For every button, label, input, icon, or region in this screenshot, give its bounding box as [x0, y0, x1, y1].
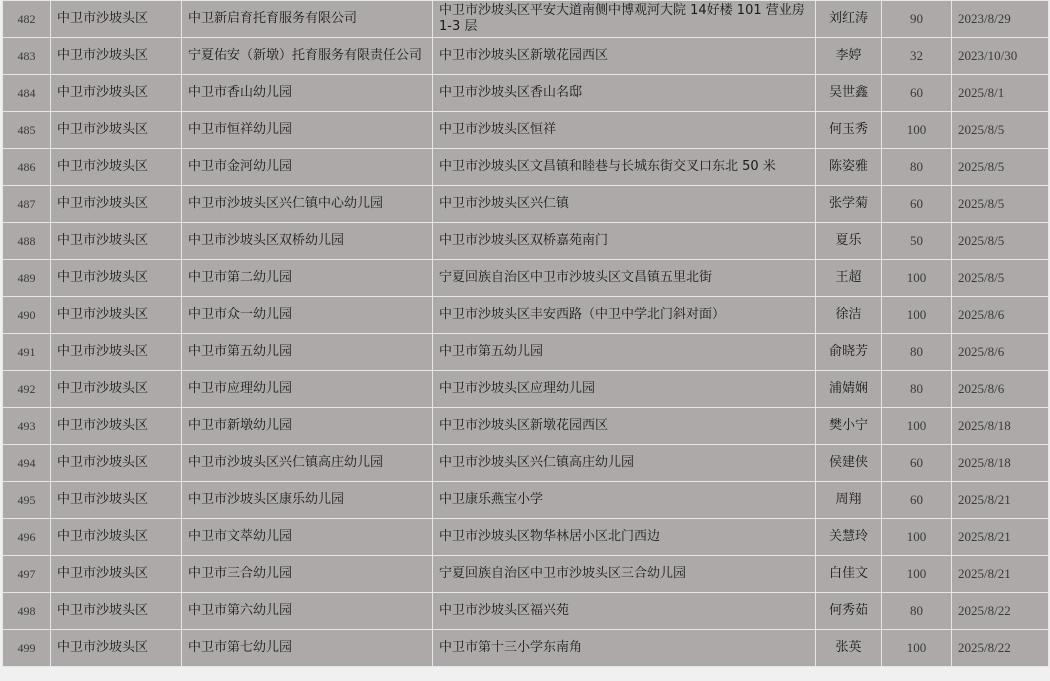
document-page: 482 中卫市沙坡头区 中卫新启育托育服务有限公司 中卫市沙坡头区平安大道南侧中… — [0, 0, 1050, 681]
row-index-cell: 489 — [3, 260, 51, 297]
table-row: 492 中卫市沙坡头区 中卫市应理幼儿园 中卫市沙坡头区应理幼儿园 浦婧娴 80… — [3, 371, 1049, 408]
table-row: 499 中卫市沙坡头区 中卫市第七幼儿园 中卫市第十三小学东南角 张英 100 … — [3, 630, 1049, 667]
table-row: 488 中卫市沙坡头区 中卫市沙坡头区双桥幼儿园 中卫市沙坡头区双桥嘉苑南门 夏… — [3, 223, 1049, 260]
capacity-cell: 32 — [882, 38, 952, 75]
table-row: 494 中卫市沙坡头区 中卫市沙坡头区兴仁镇高庄幼儿园 中卫市沙坡头区兴仁镇高庄… — [3, 445, 1049, 482]
table-row: 497 中卫市沙坡头区 中卫市三合幼儿园 宁夏回族自治区中卫市沙坡头区三合幼儿园… — [3, 556, 1049, 593]
institution-name-cell: 中卫市第六幼儿园 — [182, 593, 433, 630]
district-cell: 中卫市沙坡头区 — [51, 112, 182, 149]
contact-person-cell: 刘红涛 — [816, 1, 882, 38]
district-cell: 中卫市沙坡头区 — [51, 149, 182, 186]
table-row: 493 中卫市沙坡头区 中卫市新墩幼儿园 中卫市沙坡头区新墩花园西区 樊小宁 1… — [3, 408, 1049, 445]
capacity-cell: 100 — [882, 519, 952, 556]
row-index-cell: 492 — [3, 371, 51, 408]
institution-name-cell: 中卫市沙坡头区康乐幼儿园 — [182, 482, 433, 519]
capacity-cell: 80 — [882, 371, 952, 408]
date-cell: 2025/8/5 — [952, 149, 1049, 186]
date-cell: 2025/8/21 — [952, 556, 1049, 593]
table-row: 487 中卫市沙坡头区 中卫市沙坡头区兴仁镇中心幼儿园 中卫市沙坡头区兴仁镇 张… — [3, 186, 1049, 223]
row-index-cell: 482 — [3, 1, 51, 38]
contact-person-cell: 夏乐 — [816, 223, 882, 260]
capacity-cell: 100 — [882, 556, 952, 593]
institution-name-cell: 中卫市金河幼儿园 — [182, 149, 433, 186]
capacity-cell: 60 — [882, 75, 952, 112]
row-index-cell: 487 — [3, 186, 51, 223]
table-body: 482 中卫市沙坡头区 中卫新启育托育服务有限公司 中卫市沙坡头区平安大道南侧中… — [3, 1, 1049, 667]
date-cell: 2023/10/30 — [952, 38, 1049, 75]
capacity-cell: 100 — [882, 112, 952, 149]
address-cell: 中卫市沙坡头区兴仁镇高庄幼儿园 — [433, 445, 816, 482]
row-index-cell: 496 — [3, 519, 51, 556]
capacity-cell: 80 — [882, 593, 952, 630]
address-cell: 中卫市第五幼儿园 — [433, 334, 816, 371]
row-index-cell: 483 — [3, 38, 51, 75]
row-index-cell: 497 — [3, 556, 51, 593]
contact-person-cell: 何秀茹 — [816, 593, 882, 630]
capacity-cell: 100 — [882, 297, 952, 334]
row-index-cell: 494 — [3, 445, 51, 482]
date-cell: 2023/8/29 — [952, 1, 1049, 38]
district-cell: 中卫市沙坡头区 — [51, 408, 182, 445]
capacity-cell: 100 — [882, 630, 952, 667]
row-index-cell: 490 — [3, 297, 51, 334]
contact-person-cell: 何玉秀 — [816, 112, 882, 149]
row-index-cell: 495 — [3, 482, 51, 519]
contact-person-cell: 侯建侠 — [816, 445, 882, 482]
date-cell: 2025/8/6 — [952, 297, 1049, 334]
district-cell: 中卫市沙坡头区 — [51, 223, 182, 260]
row-index-cell: 493 — [3, 408, 51, 445]
address-cell: 中卫市沙坡头区兴仁镇 — [433, 186, 816, 223]
capacity-cell: 60 — [882, 186, 952, 223]
capacity-cell: 80 — [882, 334, 952, 371]
contact-person-cell: 周翔 — [816, 482, 882, 519]
address-cell: 中卫市沙坡头区平安大道南侧中博观河大院 14好楼 101 营业房 1-3 层 — [433, 1, 816, 38]
district-cell: 中卫市沙坡头区 — [51, 75, 182, 112]
contact-person-cell: 浦婧娴 — [816, 371, 882, 408]
date-cell: 2025/8/5 — [952, 260, 1049, 297]
institution-name-cell: 中卫市文萃幼儿园 — [182, 519, 433, 556]
date-cell: 2025/8/18 — [952, 445, 1049, 482]
institution-name-cell: 中卫市沙坡头区兴仁镇高庄幼儿园 — [182, 445, 433, 482]
date-cell: 2025/8/6 — [952, 371, 1049, 408]
capacity-cell: 100 — [882, 260, 952, 297]
district-cell: 中卫市沙坡头区 — [51, 297, 182, 334]
institution-name-cell: 中卫市沙坡头区兴仁镇中心幼儿园 — [182, 186, 433, 223]
institution-name-cell: 中卫市第二幼儿园 — [182, 260, 433, 297]
address-cell: 宁夏回族自治区中卫市沙坡头区文昌镇五里北街 — [433, 260, 816, 297]
address-cell: 中卫市沙坡头区福兴苑 — [433, 593, 816, 630]
table-row: 485 中卫市沙坡头区 中卫市恒祥幼儿园 中卫市沙坡头区恒祥 何玉秀 100 2… — [3, 112, 1049, 149]
institution-name-cell: 中卫市众一幼儿园 — [182, 297, 433, 334]
institution-name-cell: 中卫市新墩幼儿园 — [182, 408, 433, 445]
contact-person-cell: 张英 — [816, 630, 882, 667]
table-row: 491 中卫市沙坡头区 中卫市第五幼儿园 中卫市第五幼儿园 俞晓芳 80 202… — [3, 334, 1049, 371]
address-cell: 中卫市第十三小学东南角 — [433, 630, 816, 667]
capacity-cell: 60 — [882, 445, 952, 482]
institution-name-cell: 中卫市第五幼儿园 — [182, 334, 433, 371]
district-cell: 中卫市沙坡头区 — [51, 1, 182, 38]
table-row: 489 中卫市沙坡头区 中卫市第二幼儿园 宁夏回族自治区中卫市沙坡头区文昌镇五里… — [3, 260, 1049, 297]
table-row: 498 中卫市沙坡头区 中卫市第六幼儿园 中卫市沙坡头区福兴苑 何秀茹 80 2… — [3, 593, 1049, 630]
contact-person-cell: 王超 — [816, 260, 882, 297]
table-row: 495 中卫市沙坡头区 中卫市沙坡头区康乐幼儿园 中卫康乐燕宝小学 周翔 60 … — [3, 482, 1049, 519]
row-index-cell: 498 — [3, 593, 51, 630]
address-cell: 中卫市沙坡头区香山名邸 — [433, 75, 816, 112]
address-cell: 中卫市沙坡头区丰安西路（中卫中学北门斜对面） — [433, 297, 816, 334]
row-index-cell: 486 — [3, 149, 51, 186]
row-index-cell: 488 — [3, 223, 51, 260]
institution-name-cell: 中卫市香山幼儿园 — [182, 75, 433, 112]
date-cell: 2025/8/1 — [952, 75, 1049, 112]
address-cell: 中卫市沙坡头区应理幼儿园 — [433, 371, 816, 408]
contact-person-cell: 白佳文 — [816, 556, 882, 593]
district-cell: 中卫市沙坡头区 — [51, 38, 182, 75]
contact-person-cell: 李婷 — [816, 38, 882, 75]
date-cell: 2025/8/18 — [952, 408, 1049, 445]
date-cell: 2025/8/5 — [952, 112, 1049, 149]
table-row: 496 中卫市沙坡头区 中卫市文萃幼儿园 中卫市沙坡头区物华林居小区北门西边 关… — [3, 519, 1049, 556]
row-index-cell: 485 — [3, 112, 51, 149]
date-cell: 2025/8/21 — [952, 519, 1049, 556]
district-cell: 中卫市沙坡头区 — [51, 371, 182, 408]
table-row: 484 中卫市沙坡头区 中卫市香山幼儿园 中卫市沙坡头区香山名邸 吴世鑫 60 … — [3, 75, 1049, 112]
address-cell: 中卫市沙坡头区文昌镇和睦巷与长城东街交叉口东北 50 米 — [433, 149, 816, 186]
date-cell: 2025/8/21 — [952, 482, 1049, 519]
address-cell: 中卫康乐燕宝小学 — [433, 482, 816, 519]
contact-person-cell: 吴世鑫 — [816, 75, 882, 112]
district-cell: 中卫市沙坡头区 — [51, 482, 182, 519]
date-cell: 2025/8/5 — [952, 223, 1049, 260]
district-cell: 中卫市沙坡头区 — [51, 556, 182, 593]
district-cell: 中卫市沙坡头区 — [51, 445, 182, 482]
row-index-cell: 484 — [3, 75, 51, 112]
contact-person-cell: 徐洁 — [816, 297, 882, 334]
district-cell: 中卫市沙坡头区 — [51, 334, 182, 371]
institution-name-cell: 中卫市第七幼儿园 — [182, 630, 433, 667]
table-row: 490 中卫市沙坡头区 中卫市众一幼儿园 中卫市沙坡头区丰安西路（中卫中学北门斜… — [3, 297, 1049, 334]
institution-name-cell: 中卫市应理幼儿园 — [182, 371, 433, 408]
address-cell: 中卫市沙坡头区物华林居小区北门西边 — [433, 519, 816, 556]
contact-person-cell: 关慧玲 — [816, 519, 882, 556]
row-index-cell: 491 — [3, 334, 51, 371]
institution-name-cell: 中卫市恒祥幼儿园 — [182, 112, 433, 149]
childcare-institution-table: 482 中卫市沙坡头区 中卫新启育托育服务有限公司 中卫市沙坡头区平安大道南侧中… — [2, 0, 1049, 667]
contact-person-cell: 陈姿雅 — [816, 149, 882, 186]
table-row: 483 中卫市沙坡头区 宁夏佑安（新墩）托育服务有限责任公司 中卫市沙坡头区新墩… — [3, 38, 1049, 75]
address-cell: 宁夏回族自治区中卫市沙坡头区三合幼儿园 — [433, 556, 816, 593]
institution-name-cell: 中卫新启育托育服务有限公司 — [182, 1, 433, 38]
capacity-cell: 100 — [882, 408, 952, 445]
address-cell: 中卫市沙坡头区恒祥 — [433, 112, 816, 149]
date-cell: 2025/8/22 — [952, 593, 1049, 630]
district-cell: 中卫市沙坡头区 — [51, 519, 182, 556]
table-row: 482 中卫市沙坡头区 中卫新启育托育服务有限公司 中卫市沙坡头区平安大道南侧中… — [3, 1, 1049, 38]
district-cell: 中卫市沙坡头区 — [51, 186, 182, 223]
institution-name-cell: 中卫市三合幼儿园 — [182, 556, 433, 593]
district-cell: 中卫市沙坡头区 — [51, 630, 182, 667]
date-cell: 2025/8/22 — [952, 630, 1049, 667]
row-index-cell: 499 — [3, 630, 51, 667]
date-cell: 2025/8/5 — [952, 186, 1049, 223]
contact-person-cell: 樊小宁 — [816, 408, 882, 445]
contact-person-cell: 俞晓芳 — [816, 334, 882, 371]
date-cell: 2025/8/6 — [952, 334, 1049, 371]
table-row: 486 中卫市沙坡头区 中卫市金河幼儿园 中卫市沙坡头区文昌镇和睦巷与长城东街交… — [3, 149, 1049, 186]
institution-name-cell: 中卫市沙坡头区双桥幼儿园 — [182, 223, 433, 260]
district-cell: 中卫市沙坡头区 — [51, 593, 182, 630]
capacity-cell: 50 — [882, 223, 952, 260]
institution-name-cell: 宁夏佑安（新墩）托育服务有限责任公司 — [182, 38, 433, 75]
capacity-cell: 60 — [882, 482, 952, 519]
address-cell: 中卫市沙坡头区新墩花园西区 — [433, 38, 816, 75]
address-cell: 中卫市沙坡头区新墩花园西区 — [433, 408, 816, 445]
contact-person-cell: 张学菊 — [816, 186, 882, 223]
capacity-cell: 80 — [882, 149, 952, 186]
capacity-cell: 90 — [882, 1, 952, 38]
district-cell: 中卫市沙坡头区 — [51, 260, 182, 297]
address-cell: 中卫市沙坡头区双桥嘉苑南门 — [433, 223, 816, 260]
